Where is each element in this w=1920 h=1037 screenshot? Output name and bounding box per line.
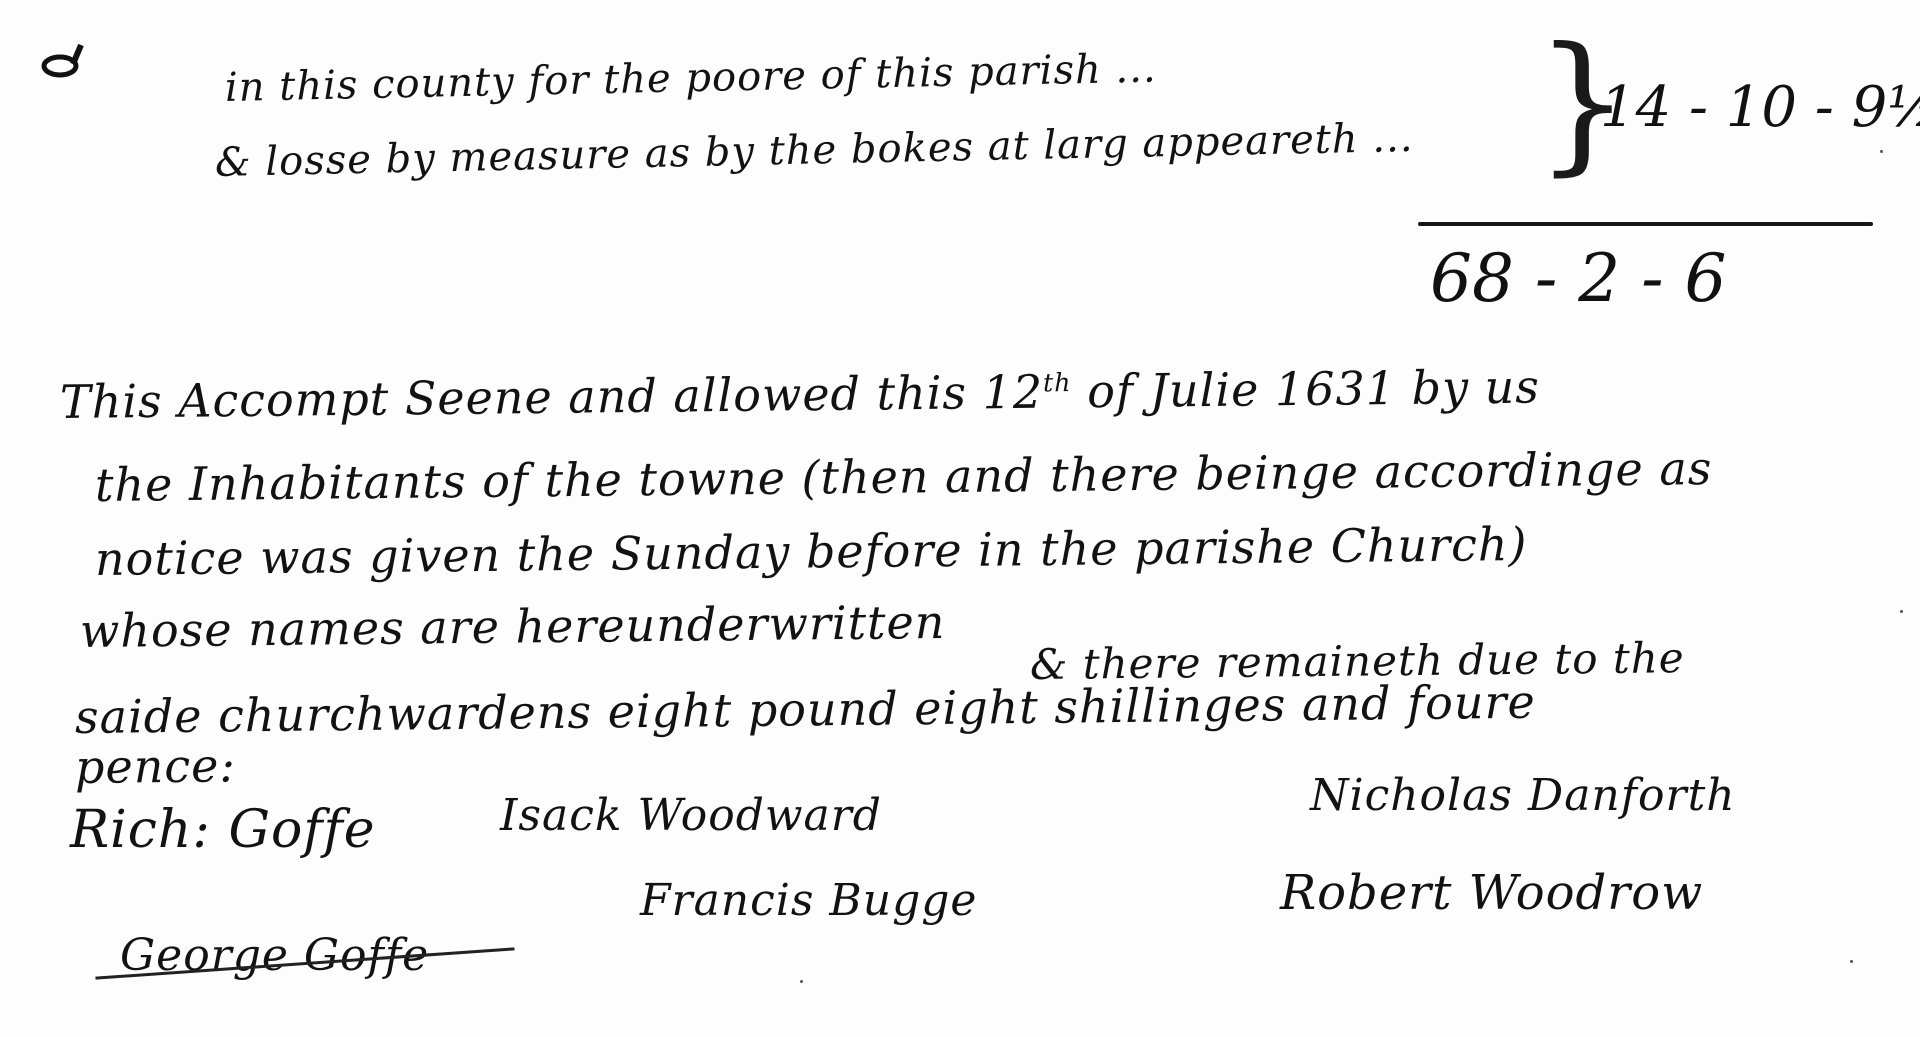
account-total: 68 - 2 - 6 (1430, 240, 1726, 317)
bracket-sum: 14 - 10 - 9½ (1600, 75, 1920, 140)
paragraph-line-1: This Accompt Seene and allowed this 12th… (60, 360, 1540, 429)
paragraph-line-1-text: This Accompt Seene and allowed this 12 (60, 365, 1044, 429)
account-line-2: & losse by measure as by the bokes at la… (215, 115, 1414, 186)
signature-robert-woodrow: Robert Woodrow (1280, 865, 1703, 921)
date-suffix: th (1043, 368, 1072, 397)
account-line-1: in this county for the poore of this par… (225, 45, 1158, 111)
date-text: of Julie 1631 by us (1087, 360, 1540, 419)
scan-speck (800, 980, 803, 983)
paragraph-line-6: pence: (75, 738, 236, 794)
scan-speck (1900, 610, 1903, 613)
document-page: in this county for the poore of this par… (0, 0, 1920, 1037)
paragraph-line-4: whose names are hereunderwritten (80, 595, 946, 658)
signature-francis-bugge: Francis Bugge (640, 875, 977, 926)
scan-speck (1880, 150, 1883, 153)
paragraph-line-3: notice was given the Sunday before in th… (95, 517, 1528, 586)
signature-nicholas-danforth: Nicholas Danforth (1310, 770, 1736, 821)
ink-blot-icon (35, 40, 105, 80)
paragraph-line-2: the Inhabitants of the towne (then and t… (95, 441, 1713, 512)
sum-rule (1418, 222, 1873, 226)
signature-rich-goffe: Rich: Goffe (70, 800, 376, 860)
scan-speck (1850, 960, 1853, 963)
paragraph-line-5: saide churchwardens eight pound eight sh… (75, 675, 1536, 744)
signature-isack-woodward: Isack Woodward (500, 790, 882, 841)
